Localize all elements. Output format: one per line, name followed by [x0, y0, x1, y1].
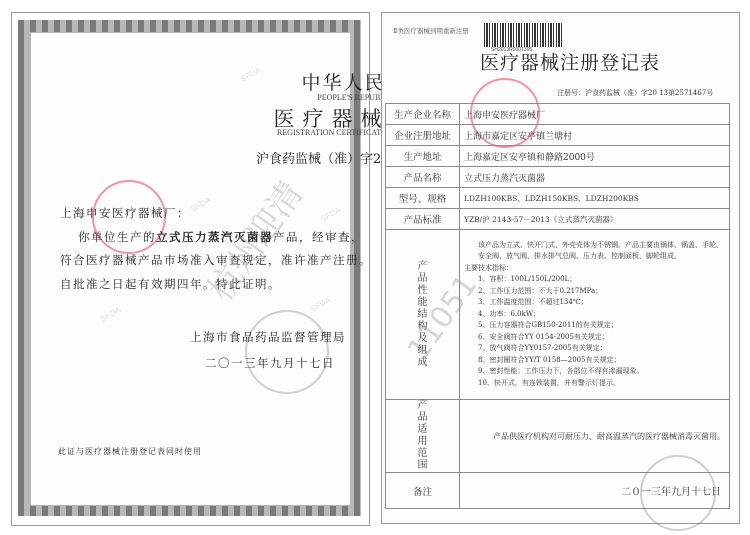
certificate-footnote: 此证与医疗器械注册登记表同时使用 [58, 446, 202, 457]
row-value: 上海申安医疗器械厂 [460, 104, 730, 125]
table-row: 产品标准YZB/沪 2143-57－2013《立式蒸汽灭菌器》 [386, 209, 730, 230]
barcode [484, 23, 564, 47]
spec-item: 1、容积：100L/150L/200L； [464, 274, 725, 286]
scope-label: 产品适用范围 [417, 400, 428, 472]
row-label: 型号、规格 [386, 188, 460, 209]
row-label: 产品标准 [386, 209, 460, 230]
spec-item: 2、工作压力范围：不大于0.217MPa； [464, 286, 725, 298]
certificate-date: 二〇一三年九月十七日 [205, 355, 335, 371]
spec-item: 10、快开式，有连锁装置，并有警示灯提示。 [464, 378, 725, 390]
table-row: 型号、规格LDZH100KBS、LDZH150KBS、LDZH200KBS [386, 188, 730, 209]
certificate-addressee: 上海申安医疗器械厂： [60, 205, 190, 221]
table-row: 产品名称立式压力蒸汽灭菌器 [386, 167, 730, 188]
table-row: 企业注册地址上海市嘉定区安亭镇兰塘村 [386, 125, 730, 146]
row-value: YZB/沪 2143-57－2013《立式蒸汽灭菌器》 [460, 209, 730, 230]
form-reg-number: 注册号：沪食药监械（准）字20 13第2571467号 [557, 88, 713, 98]
spec-item: 4、功率：6.0kW； [464, 309, 725, 321]
spec-item: 3、工作温度范围：不超过134℃； [464, 297, 725, 309]
spec-item: 9、密封性能：工作压力下，各部位不得有渗漏现象。 [464, 366, 725, 378]
spec-heading: 主要技术指标： [464, 263, 725, 275]
table-row: 生产地址上海嘉定区安亭镇和静路2000号 [386, 146, 730, 167]
body-prefix: 你单位生产的 [78, 230, 156, 244]
row-value: 上海市嘉定区安亭镇兰塘村 [460, 125, 730, 146]
remarks-label: 备注 [386, 473, 460, 509]
authority-seal-stamp [640, 455, 716, 531]
row-label: 生产地址 [386, 146, 460, 167]
spec-item: 8、密封圈符合YY/T 0158—2005有关规定； [464, 355, 725, 367]
authority-seal-stamp [245, 310, 329, 394]
spec-item: 7、放气阀符合YY0157-2005有关规定； [464, 343, 725, 355]
row-label: 产品名称 [386, 167, 460, 188]
certificate-issuer: 上海市食品药品监督管理局 [190, 329, 346, 345]
performance-intro: 该产品为立式、快开门式、外壳壳体为不锈钢。产品主要由锅体、锅盖、手轮、安全阀、放… [464, 240, 725, 263]
table-row: 生产企业名称上海申安医疗器械厂 [386, 104, 730, 125]
spec-item: 6、安全阀符合YY 0154-2005有关规定； [464, 332, 725, 344]
form-top-note: Ⅱ类医疗器械到期重新注册 [393, 26, 469, 35]
form-title: 医疗器械注册登记表 [480, 48, 660, 75]
spec-item: 5、压力容器符合GB150-2011的有关规定； [464, 320, 725, 332]
row-value: 上海嘉定区安亭镇和静路2000号 [460, 146, 730, 167]
row-label: 产品适用范围 [386, 400, 460, 473]
row-label: 企业注册地址 [386, 125, 460, 146]
row-label: 生产企业名称 [386, 104, 460, 125]
performance-value: 该产品为立式、快开门式、外壳壳体为不锈钢。产品主要由锅体、锅盖、手轮、安全阀、放… [460, 230, 730, 400]
row-value: 立式压力蒸汽灭菌器 [460, 167, 730, 188]
row-value: LDZH100KBS、LDZH150KBS、LDZH200KBS [460, 188, 730, 209]
